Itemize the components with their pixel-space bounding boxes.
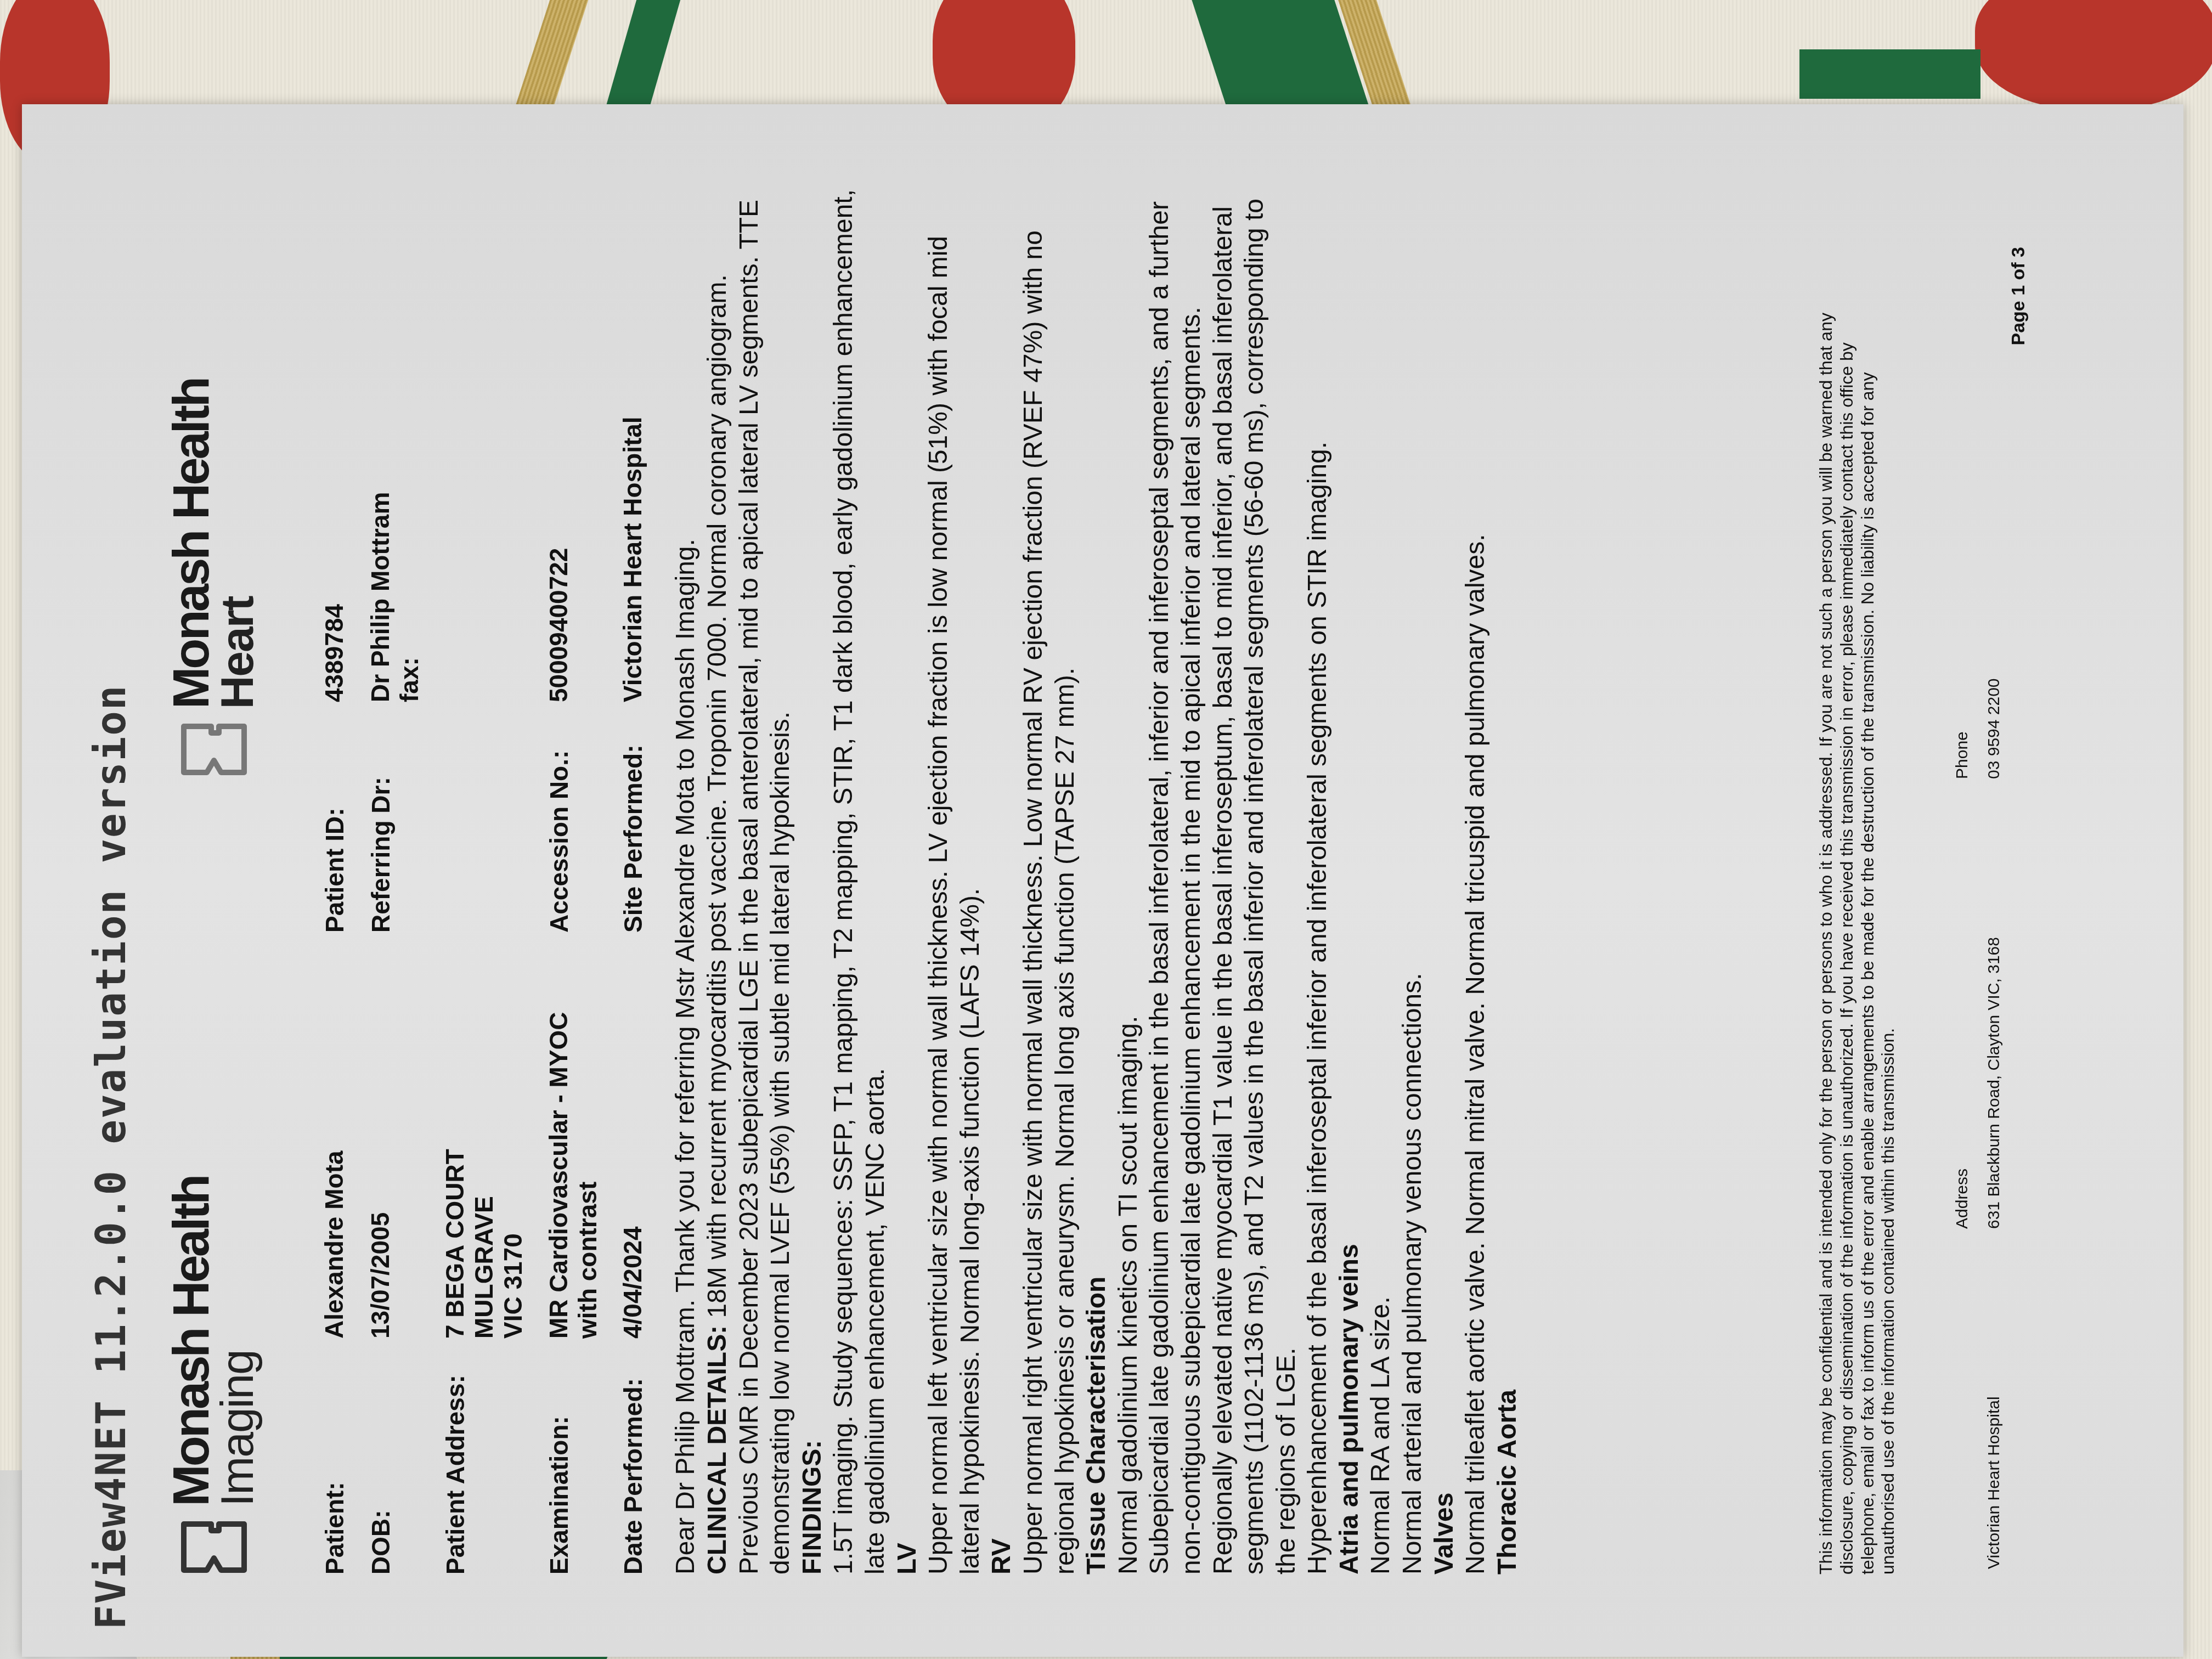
page-footer: Address Phone Victorian Heart Hospital 6… [1953, 214, 2004, 1569]
rv-text: Upper normal right ventricular size with… [1018, 170, 1081, 1575]
referring-label: Referring Dr: [366, 702, 424, 933]
examination: MR Cardiovascular - MYOC with contrast [544, 933, 602, 1339]
address-label: Patient Address: [441, 1339, 528, 1575]
monash-m-logo-icon [178, 722, 250, 777]
findings-heading: FINDINGS: [797, 170, 828, 1575]
atria-heading: Atria and pulmonary veins [1334, 170, 1365, 1575]
site-performed-label: Site Performed: [618, 702, 648, 933]
dob: 13/07/2005 [366, 933, 424, 1339]
tissue-line: Hyperenhancement of the basal inferosept… [1302, 170, 1334, 1575]
report-body: Dear Dr Philip Mottram. Thank you for re… [670, 170, 1523, 1575]
patient-id-label: Patient ID: [320, 702, 349, 933]
findings-text: 1.5T imaging. Study sequences: SSFP, T1 … [828, 170, 891, 1575]
rv-heading: RV [986, 170, 1018, 1575]
tissue-line: Normal gadolinium kinetics on TI scout i… [1113, 170, 1144, 1575]
confidentiality-disclaimer: This information may be confidential and… [1816, 302, 1899, 1575]
accession-label: Accession No.: [544, 702, 602, 933]
footer-site: Victorian Heart Hospital [1985, 1229, 2004, 1569]
date-performed-label: Date Performed: [618, 1339, 648, 1575]
referring-doctor: Dr Philip Mottram fax: [366, 170, 424, 702]
footer-address-label: Address [1953, 779, 1972, 1229]
cloth-holly-berries [1975, 0, 2212, 110]
patient-label: Patient: [320, 1339, 349, 1575]
footer-phone-label: Phone [1953, 214, 1972, 779]
letterhead: Monash Health Imaging Monash Health Hear… [168, 170, 259, 1575]
footer-address: 631 Blackburn Road, Clayton VIC, 3168 [1985, 779, 2004, 1229]
tissue-line: Regionally elevated native myocardial T1… [1207, 170, 1302, 1575]
accession-number: 50009400722 [544, 170, 602, 702]
patient-address: 7 BEGA COURT MULGRAVE VIC 3170 [441, 933, 528, 1339]
report-page: FView4NET 11.2.0.0 evaluation version Mo… [22, 104, 2183, 1657]
examination-label: Examination: [544, 1339, 602, 1575]
page-number: Page 1 of 3 [2008, 247, 2029, 346]
atria-line: Normal arterial and pulmonary venous con… [1397, 170, 1429, 1575]
clinical-details: CLINICAL DETAILS: 18M with recurrent myo… [702, 170, 797, 1575]
monash-m-logo-icon [178, 1520, 250, 1575]
valves-heading: Valves [1429, 170, 1460, 1575]
atria-line: Normal RA and LA size. [1365, 170, 1397, 1575]
patient-id: 4389784 [320, 170, 349, 702]
lv-heading: LV [891, 170, 923, 1575]
site-performed: Victorian Heart Hospital [618, 170, 648, 702]
valves-text: Normal trileaflet aortic valve. Normal m… [1460, 170, 1492, 1575]
date-performed: 4/04/2024 [618, 933, 648, 1339]
patient-details: Patient: Alexandre Mota Patient ID: 4389… [320, 170, 648, 1575]
lv-text: Upper normal left ventricular size with … [923, 170, 986, 1575]
salutation: Dear Dr Philip Mottram. Thank you for re… [670, 170, 702, 1575]
tissue-heading: Tissue Characterisation [1081, 170, 1113, 1575]
patient-name: Alexandre Mota [320, 933, 349, 1339]
footer-phone: 03 9594 2200 [1985, 214, 2004, 779]
evaluation-watermark: FView4NET 11.2.0.0 evaluation version [88, 170, 135, 1629]
tissue-line: Subepicardial late gadolinium enhancemen… [1144, 170, 1207, 1575]
cloth-holly-leaf [1799, 49, 1980, 99]
monash-imaging-logo: Monash Health Imaging [168, 1176, 259, 1575]
thoracic-aorta-heading: Thoracic Aorta [1492, 170, 1523, 1575]
dob-label: DOB: [366, 1339, 424, 1575]
monash-heart-logo: Monash Health Heart [168, 379, 259, 777]
